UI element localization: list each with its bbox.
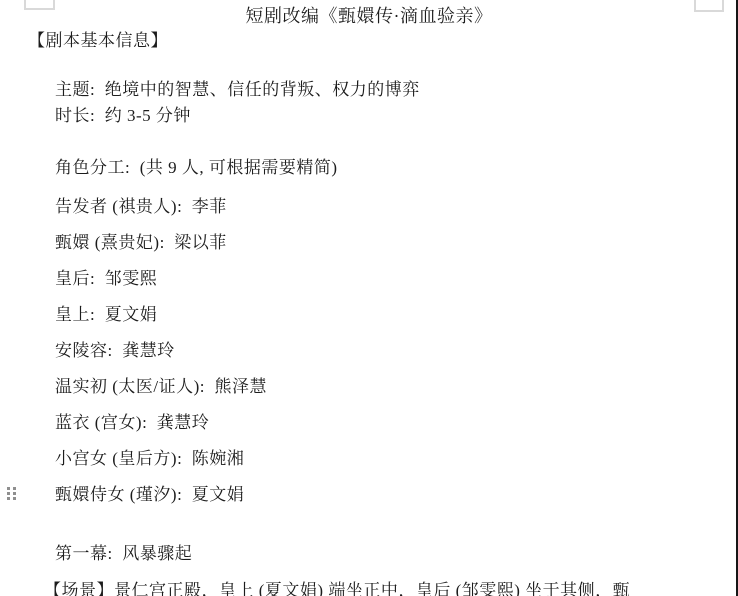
- scene-line[interactable]: 【场景】景仁宫正殿，皇上 (夏文娟) 端坐正中，皇后 (邹雯熙) 坐于其侧，甄: [44, 581, 630, 596]
- cast-line[interactable]: 皇上: 夏文娟: [55, 305, 157, 325]
- cast-line[interactable]: 温实初 (太医/证人): 熊泽慧: [55, 377, 267, 397]
- drag-handle-icon[interactable]: [7, 487, 16, 500]
- cast-line[interactable]: 告发者 (祺贵人): 李菲: [55, 197, 227, 217]
- duration-line[interactable]: 时长: 约 3-5 分钟: [55, 106, 191, 126]
- cast-header[interactable]: 角色分工: (共 9 人, 可根据需要精简): [55, 158, 338, 178]
- cast-line[interactable]: 小宫女 (皇后方): 陈婉湘: [55, 449, 244, 469]
- cast-line[interactable]: 皇后: 邹雯熙: [55, 269, 157, 289]
- act-one-header[interactable]: 第一幕: 风暴骤起: [55, 544, 192, 564]
- basic-info-header[interactable]: 【剧本基本信息】: [28, 31, 168, 51]
- document-title[interactable]: 短剧改编《甄嬛传·滴血验亲》: [0, 6, 738, 26]
- cast-line[interactable]: 蓝衣 (宫女): 龚慧玲: [55, 413, 209, 433]
- theme-line[interactable]: 主题: 绝境中的智慧、信任的背叛、权力的博弈: [55, 80, 420, 100]
- cast-line[interactable]: 安陵容: 龚慧玲: [55, 341, 175, 361]
- cast-line[interactable]: 甄嬛侍女 (瑾汐): 夏文娟: [55, 485, 244, 505]
- cast-line[interactable]: 甄嬛 (熹贵妃): 梁以菲: [55, 233, 227, 253]
